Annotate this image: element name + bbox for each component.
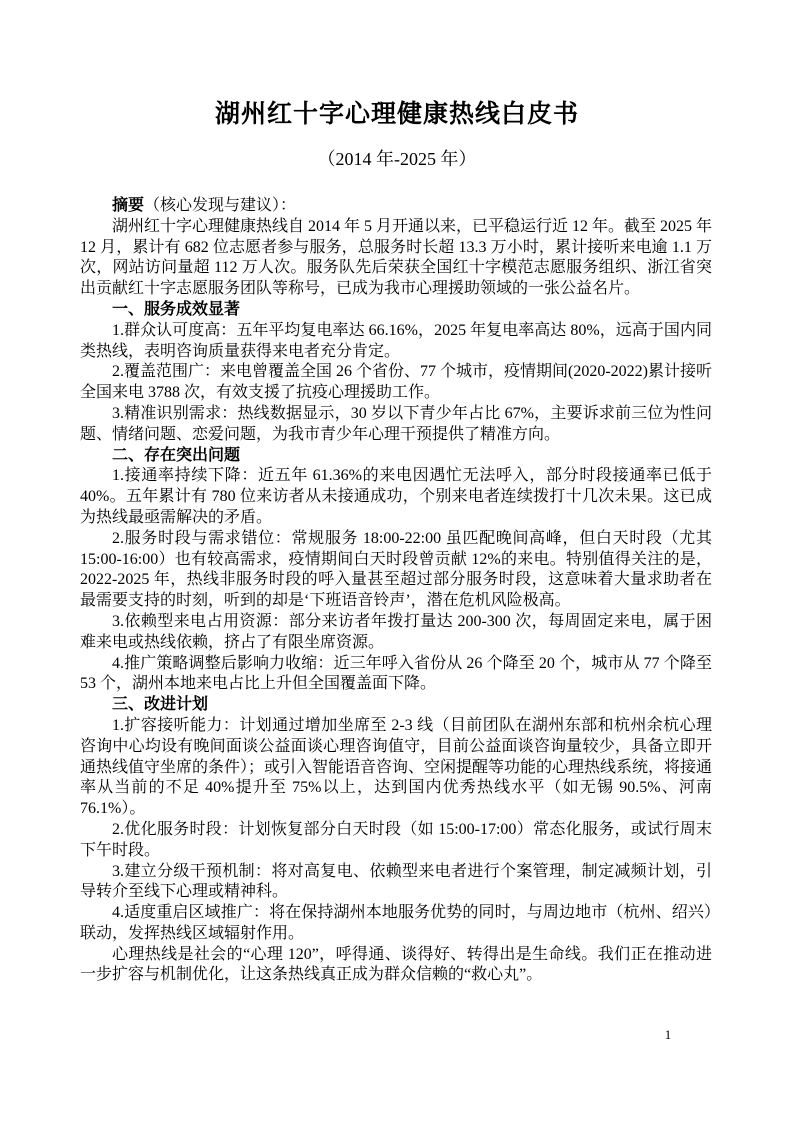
section-heading-1: 一、服务成效显著: [80, 300, 712, 321]
document-page: 湖州红十字心理健康热线白皮书 （2014 年-2025 年） 摘要（核心发现与建…: [0, 0, 794, 1123]
paragraph-s3-item2: 2.优化服务时段：计划恢复部分白天时段（如 15:00-17:00）常态化服务，…: [80, 820, 712, 862]
section-heading-2: 二、存在突出问题: [80, 446, 712, 467]
abstract-rest: （核心发现与建议）：: [144, 197, 296, 214]
paragraph-s2-item4: 4.推广策略调整后影响力收缩：近三年呼入省份从 26 个降至 20 个，城市从 …: [80, 654, 712, 696]
document-title: 湖州红十字心理健康热线白皮书: [0, 0, 794, 132]
paragraph-s2-item1: 1.接通率持续下降：近五年 61.36%的来电因遇忙无法呼入，部分时段接通率已低…: [80, 466, 712, 528]
paragraph-s2-item3: 3.依赖型来电占用资源：部分来访者年拨打量达 200-300 次，每周固定来电，…: [80, 612, 712, 654]
paragraph-s3-item3: 3.建立分级干预机制：将对高复电、依赖型来电者进行个案管理，制定减频计划，引导转…: [80, 862, 712, 904]
abstract-heading: 摘要（核心发现与建议）：: [80, 196, 712, 217]
paragraph-conclusion: 心理热线是社会的“心理 120”，呼得通、谈得好、转得出是生命线。我们正在推动进…: [80, 945, 712, 987]
document-body: 摘要（核心发现与建议）： 湖州红十字心理健康热线自 2014 年 5 月开通以来…: [80, 196, 712, 986]
paragraph-s3-item1: 1.扩容接听能力：计划通过增加坐席至 2-3 线（目前团队在湖州东部和杭州余杭心…: [80, 716, 712, 820]
paragraph-s1-item1: 1.群众认可度高：五年平均复电率达 66.16%，2025 年复电率高达 80%…: [80, 321, 712, 363]
document-subtitle: （2014 年-2025 年）: [0, 147, 794, 171]
page-number: 1: [656, 1027, 680, 1043]
paragraph-s1-item2: 2.覆盖范围广：来电曾覆盖全国 26 个省份、77 个城市，疫情期间(2020-…: [80, 362, 712, 404]
paragraph-s1-item3: 3.精准识别需求：热线数据显示，30 岁以下青少年占比 67%，主要诉求前三位为…: [80, 404, 712, 446]
abstract-label: 摘要: [112, 197, 144, 214]
paragraph-s2-item2: 2.服务时段与需求错位：常规服务 18:00-22:00 虽匹配晚间高峰，但白天…: [80, 529, 712, 612]
paragraph-s3-item4: 4.适度重启区域推广：将在保持湖州本地服务优势的同时，与周边地市（杭州、绍兴）联…: [80, 903, 712, 945]
paragraph-intro: 湖州红十字心理健康热线自 2014 年 5 月开通以来，已平稳运行近 12 年。…: [80, 217, 712, 300]
section-heading-3: 三、改进计划: [80, 695, 712, 716]
